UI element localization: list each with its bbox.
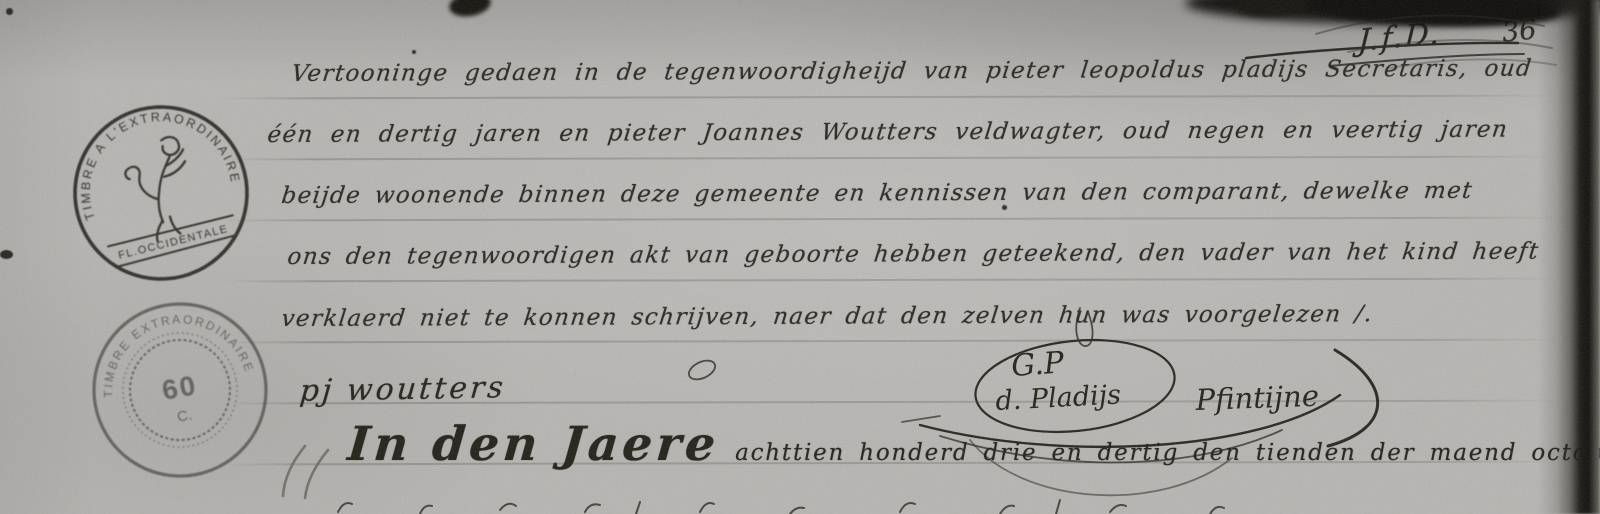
ruled-line [222, 217, 1560, 222]
signature-officer: Pfintijne [1194, 379, 1319, 417]
stamp-banner-text: FL.OCCIDENTALE [117, 223, 229, 262]
ink-blot-top-center [447, 0, 492, 19]
stamp-value: 60 [160, 369, 200, 406]
signature-monogram: G.P [1010, 345, 1066, 384]
stamp-value-unit: C. [176, 406, 194, 425]
closing-line: In den Jaereachttien honderd drie en der… [348, 421, 1600, 468]
manuscript-line-2: één en dertig jaren en pieter Joannes Wo… [266, 118, 1510, 149]
signature-flourish-block: G.P d. Pladijs Pfintijne [640, 300, 1520, 514]
ink-speck [6, 8, 13, 15]
ink-speck [1002, 205, 1007, 210]
ruled-line [222, 156, 1560, 161]
partial-line-fragment [338, 500, 1224, 514]
signature-witness: pj woutters [298, 370, 507, 409]
ruled-line [222, 278, 1560, 283]
ink-speck [0, 250, 13, 259]
ink-speck [412, 50, 416, 54]
lion-rampant-icon [119, 134, 203, 245]
stamp-outer-ring [66, 98, 256, 288]
signature-secretary: d. Pladijs [995, 379, 1122, 417]
closing-continuation: achttien honderd drie en dertig den tien… [735, 440, 1600, 466]
revenue-stamp-lion: TIMBRE A L'EXTRAORDINAIRE FL.OCCIDENTALE [66, 98, 256, 288]
manuscript-line-1: Vertooninge gedaen in de tegenwoordighei… [290, 57, 1534, 88]
closing-lead: In den Jaere [346, 421, 721, 468]
manuscript-line-4: ons den tegenwoordigen akt van geboorte … [286, 240, 1530, 271]
manuscript-line-3: beijde woonende binnen deze gemeente en … [280, 179, 1456, 209]
pencil-check-marks [283, 446, 328, 498]
page-binding-shadow [1538, 0, 1600, 514]
revenue-stamp-60c: TIMBRE EXTRAORDINAIRE 60 C. [85, 295, 275, 485]
scanned-document-page: TIMBRE A L'EXTRAORDINAIRE FL.OCCIDENTALE [0, 0, 1600, 514]
ruled-line [222, 339, 1560, 344]
flourish-loop [686, 357, 718, 383]
ruled-line [222, 95, 1560, 100]
manuscript-line-5: verklaerd niet te konnen schrijven, naer… [280, 302, 1364, 332]
stamp-ring-text: TIMBRE A L'EXTRAORDINAIRE [66, 98, 243, 222]
